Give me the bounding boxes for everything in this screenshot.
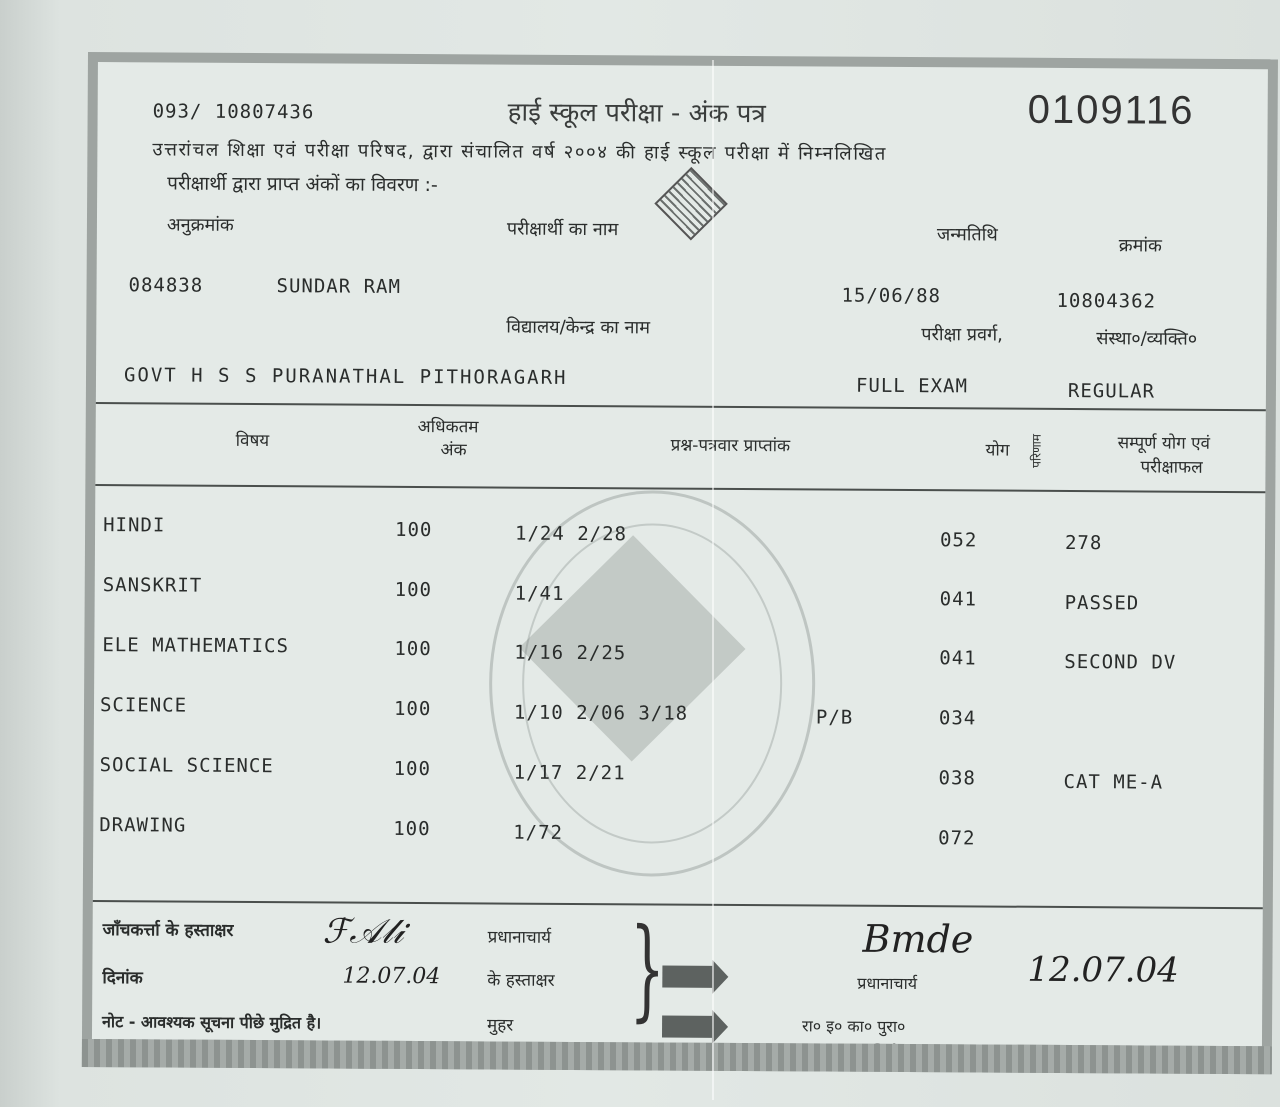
marksheet-card: 093/ 10807436 हाई स्कूल परीक्षा - अंक पत… [82, 52, 1278, 1074]
row-subject: ELE MATHEMATICS [102, 634, 289, 657]
row-subject: DRAWING [99, 814, 186, 837]
th-subject: विषय [236, 428, 270, 451]
th-max-marks-2: अंक [441, 437, 467, 460]
table-row: DRAWING 100 1/72 072 [98, 62, 1268, 69]
board-line: उत्तरांचल शिक्षा एवं परीक्षा परिषद, द्वा… [152, 136, 887, 165]
candidate-name-value: SUNDAR RAM [277, 275, 402, 298]
row-max: 100 [394, 638, 431, 660]
row-papers: 1/24 2/28 [515, 523, 627, 546]
dob-value: 15/06/88 [841, 285, 941, 308]
row-result: PASSED [1065, 592, 1140, 614]
seal-label: मुहर [487, 1012, 513, 1035]
row-total: 034 [939, 707, 976, 729]
row-max: 100 [394, 758, 431, 780]
row-subject: HINDI [103, 514, 165, 536]
brace-icon: } [630, 913, 666, 1023]
table-header-rule [95, 484, 1265, 493]
table-row: SCIENCE 100 1/10 2/06 3/18 P/B 034 [98, 62, 1268, 69]
school-stamp-line-1: रा० इ० का० पुरा० [802, 1014, 905, 1037]
table-row: ELE MATHEMATICS 100 1/16 2/25 041 SECOND… [98, 62, 1268, 69]
candidate-type-value: REGULAR [1068, 380, 1155, 403]
row-max: 100 [395, 579, 432, 601]
row-subject: SCIENCE [100, 694, 187, 717]
serial-number: 0109116 [1028, 88, 1195, 134]
principal-signature: Bmde [862, 917, 973, 962]
principal-label-1: प्रधानाचार्य [488, 924, 552, 947]
table-row: SANSKRIT 100 1/41 041 PASSED [98, 62, 1268, 69]
label-exam-category: परीक्षा प्रवर्ग, [921, 322, 1003, 346]
subtitle: परीक्षार्थी द्वारा प्राप्त अंकों का विवर… [167, 169, 438, 197]
row-papers: 1/16 2/25 [514, 642, 626, 665]
board-seal-watermark [488, 489, 816, 877]
label-dob: जन्मतिथि [937, 222, 998, 246]
table-top-rule [96, 402, 1266, 411]
row-total: 038 [939, 767, 976, 789]
row-result: 278 [1065, 532, 1102, 554]
th-paperwise: प्रश्न-पत्रवार प्राप्तांक [671, 433, 791, 457]
row-result: SECOND DV [1064, 651, 1176, 674]
label-school-name: विद्यालय/केन्द्र का नाम [506, 315, 650, 340]
label-serial: क्रमांक [1119, 233, 1162, 257]
th-grand-total-1: सम्पूर्ण योग एवं [1118, 430, 1210, 454]
row-max: 100 [394, 698, 431, 720]
th-grand-total-2: परीक्षाफल [1140, 454, 1202, 477]
row-papers: 1/10 2/06 3/18 [514, 702, 688, 725]
arrow-right-icon [662, 1016, 712, 1038]
row-max: 100 [395, 519, 432, 541]
school-value: GOVT H S S PURANATHAL PITHORAGARH [124, 364, 568, 389]
table-row: SOCIAL SCIENCE 100 1/17 2/21 038 CAT ME-… [98, 62, 1268, 69]
th-total: योग [986, 437, 1010, 460]
roll-no-value: 084838 [129, 274, 204, 296]
uttaranchal-emblem-icon [654, 167, 728, 241]
row-total: 041 [940, 588, 977, 610]
reference-number: 093/ 10807436 [153, 100, 315, 123]
paper-fold-line [712, 60, 714, 1100]
row-max: 100 [393, 818, 430, 840]
row-papers: 1/17 2/21 [514, 762, 626, 785]
th-result-vertical: परिणाम [1027, 434, 1044, 468]
principal-stamp-title: प्रधानाचार्य [857, 972, 917, 994]
row-total: 041 [939, 647, 976, 669]
th-max-marks-1: अधिकतम [418, 414, 479, 437]
serial-value: 10804362 [1056, 290, 1156, 313]
checker-signature-label: जाँचकर्त्ता के हस्ताक्षर [103, 917, 234, 941]
checker-date: 12.07.04 [342, 964, 440, 990]
table-bottom-rule [93, 900, 1263, 909]
date-label: दिनांक [102, 965, 142, 988]
checker-signature: ℱ𝒜𝓁𝒾 [323, 911, 404, 951]
arrow-right-icon [662, 966, 712, 988]
row-subject: SANSKRIT [103, 574, 203, 597]
row-total: 052 [940, 529, 977, 551]
row-total: 072 [938, 827, 975, 849]
label-inst-private: संस्था०/व्यक्ति० [1096, 326, 1197, 351]
marksheet-body: 093/ 10807436 हाई स्कूल परीक्षा - अंक पत… [92, 62, 1268, 1046]
row-subject: SOCIAL SCIENCE [100, 754, 274, 777]
exam-type-value: FULL EXAM [856, 375, 968, 398]
label-candidate-name: परीक्षार्थी का नाम [507, 217, 618, 242]
note-text: नोट - आवश्यक सूचना पीछे मुद्रित है। [102, 1010, 321, 1033]
table-row: HINDI 100 1/24 2/28 052 278 [98, 62, 1268, 69]
row-flag: P/B [816, 706, 853, 728]
row-papers: 1/72 [513, 822, 563, 844]
row-papers: 1/41 [515, 583, 565, 605]
document-title: हाई स्कूल परीक्षा - अंक पत्र [508, 93, 766, 131]
row-result: CAT ME-A [1063, 771, 1163, 794]
principal-label-2: के हस्ताक्षर [487, 967, 554, 990]
label-roll-no: अनुक्रमांक [167, 212, 234, 236]
principal-date: 12.07.04 [1027, 950, 1179, 991]
